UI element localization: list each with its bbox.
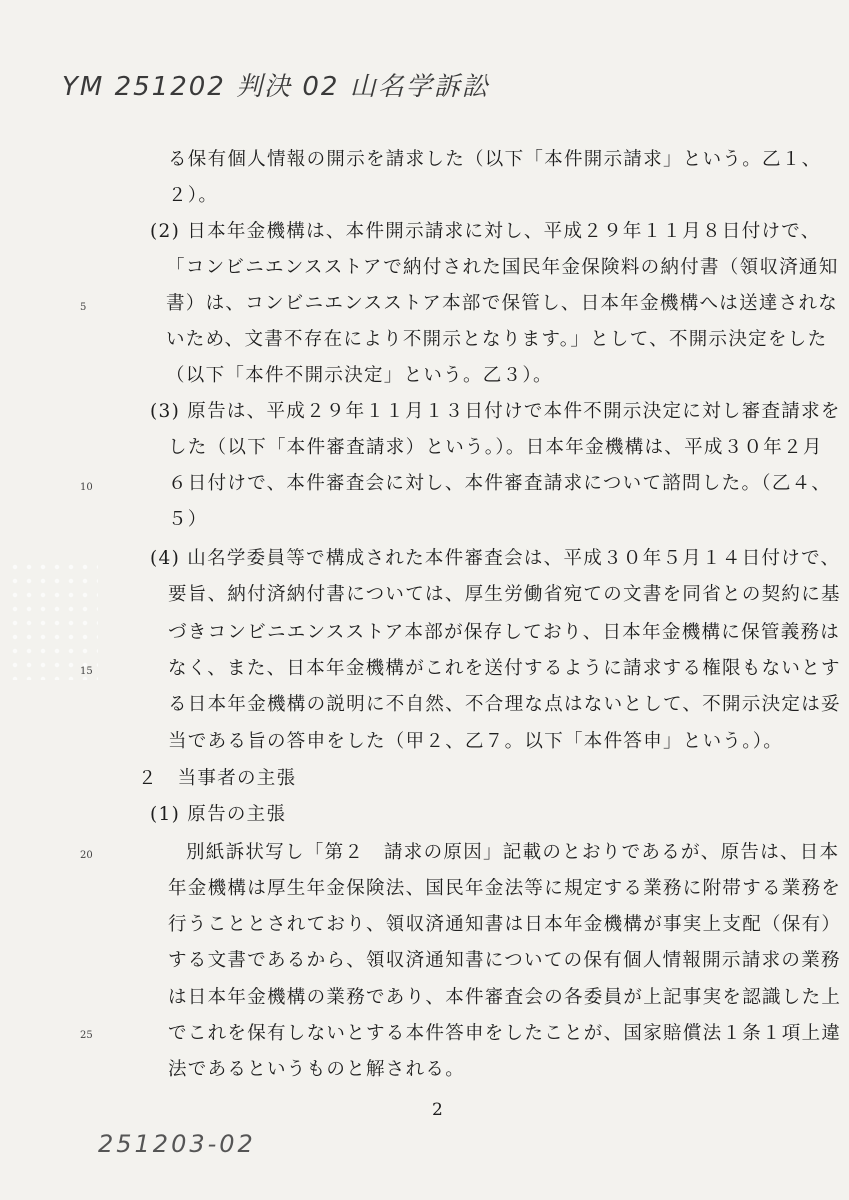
text-line: (4) 山名学委員等で構成された本件審査会は、平成３０年５月１４日付けで、 [150,544,840,570]
text-line: でこれを保有しないとする本件答申をしたことが、国家賠償法１条１項上違 [168,1019,841,1045]
section-heading: ２ 当事者の主張 [138,764,296,790]
text-line: 当である旨の答申をした（甲２、乙７。以下「本件答申」という。）。 [168,727,783,753]
text-line: 法であるというものと解される。 [168,1055,465,1081]
text-line: 年金機構は厚生年金保険法、国民年金法等に規定する業務に附帯する業務を [168,874,841,900]
text-line: ２）。 [168,181,218,207]
text-line: （以下「本件不開示決定」という。乙３）。 [166,361,553,387]
line-number: 15 [80,666,93,677]
text-line: ６日付けで、本件審査会に対し、本件審査請求について諮問した。（乙４、 [168,469,831,495]
text-line: いため、文書不存在により不開示となります。」として、不開示決定をした [166,325,827,351]
subsection-heading: (1) 原告の主張 [150,800,286,826]
text-line: る保有個人情報の開示を請求した（以下「本件開示請求」という。乙１、 [168,145,821,171]
text-line: (2) 日本年金機構は、本件開示請求に対し、平成２９年１１月８日付けで、 [150,217,821,243]
text-line: 要旨、納付済納付書については、厚生労働省宛ての文書を同省との契約に基 [168,580,841,606]
line-number: 10 [80,482,93,493]
line-number: 5 [80,302,86,313]
text-line: (3) 原告は、平成２９年１１月１３日付けで本件不開示決定に対し審査請求を [150,397,841,423]
punch-dots-decoration [8,560,98,680]
text-line: る日本年金機構の説明に不自然、不合理な点はないとして、不開示決定は妥 [168,690,841,716]
text-line: 書）は、コンビニエンスストア本部で保管し、日本年金機構へは送達されな [166,289,838,315]
text-line: づきコンビニエンスストア本部が保存しており、日本年金機構に保管義務は [168,618,840,644]
text-line: した（以下「本件審査請求）という。）。日本年金機構は、平成３０年２月 [168,433,823,459]
line-number: 20 [80,850,93,861]
text-line: は日本年金機構の業務であり、本件審査会の各委員が上記事実を認識した上 [168,983,841,1009]
text-line: なく、また、日本年金機構がこれを送付するように請求する権限もないとす [168,654,841,680]
text-line: 「コンビニエンスストアで納付された国民年金保険料の納付書（領収済通知 [166,253,839,279]
text-line: する文書であるから、領収済通知書についての保有個人情報開示請求の業務 [168,946,841,972]
text-line: ５） [168,505,208,531]
page-number: 2 [432,1100,443,1120]
line-number: 25 [80,1030,93,1041]
handwritten-annotation-top: YM 251202 判決 02 山名学訴訟 [62,66,490,103]
handwritten-annotation-bottom: 251203-02 [98,1130,256,1158]
document-page: YM 251202 判決 02 山名学訴訟 る保有個人情報の開示を請求した（以下… [0,0,849,1200]
text-line: 行うこととされており、領収済通知書は日本年金機構が事実上支配（保有） [168,910,841,936]
text-line: 別紙訴状写し「第２ 請求の原因」記載のとおりであるが、原告は、日本 [186,838,839,864]
